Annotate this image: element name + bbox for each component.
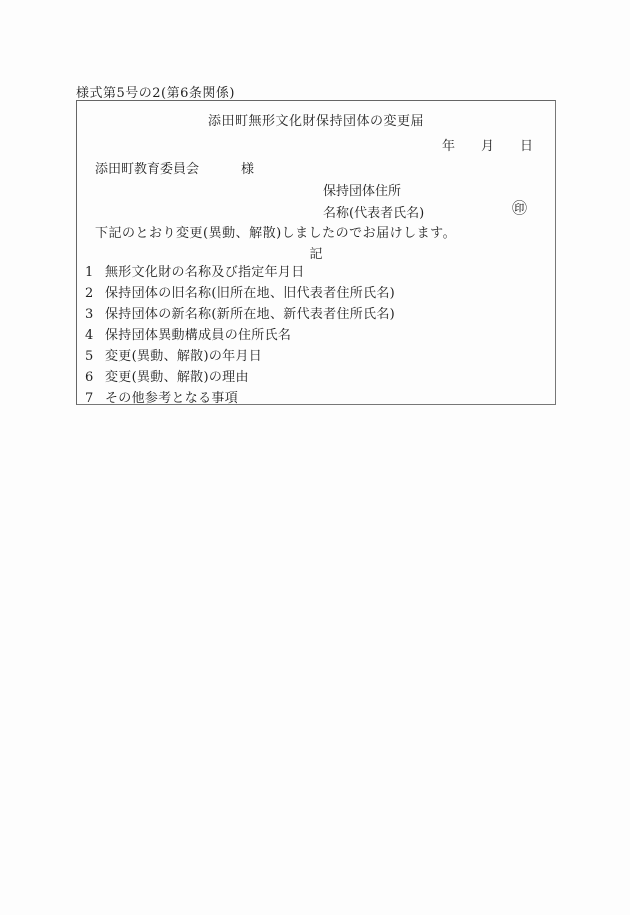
item-number: 4	[85, 325, 105, 346]
form-border-box: 添田町無形文化財保持団体の変更届 年月日 添田町教育委員会様 保持団体住所 名称…	[76, 100, 556, 405]
item-number: 7	[85, 388, 105, 409]
date-year-label: 年	[442, 139, 455, 154]
seal-mark-icon: ㊞	[512, 201, 527, 216]
holder-name-label: 名称(代表者氏名)	[323, 202, 424, 221]
document-page: 様式第5号の2(第6条関係) 添田町無形文化財保持団体の変更届 年月日 添田町教…	[0, 0, 630, 915]
addressee-honorific: 様	[241, 158, 254, 177]
item-number: 1	[85, 262, 105, 283]
addressee-line: 添田町教育委員会様	[95, 158, 254, 177]
item-text: 変更(異動、解散)の年月日	[105, 349, 262, 364]
date-line: 年月日	[442, 135, 533, 154]
item-text: 変更(異動、解散)の理由	[105, 370, 249, 385]
item-number: 6	[85, 367, 105, 388]
notification-body-text: 下記のとおり変更(異動、解散)しましたのでお届けします。	[95, 222, 456, 241]
date-day-label: 日	[520, 139, 533, 154]
item-number: 5	[85, 346, 105, 367]
addressee-name: 添田町教育委員会	[95, 162, 199, 177]
list-item: 3保持団体の新名称(新所在地、新代表者住所氏名)	[77, 304, 555, 325]
list-item: 6変更(異動、解散)の理由	[77, 367, 555, 388]
holder-address-label: 保持団体住所	[323, 180, 401, 199]
item-text: 保持団体異動構成員の住所氏名	[105, 328, 291, 343]
list-header-ki: 記	[77, 243, 555, 262]
document-title: 添田町無形文化財保持団体の変更届	[77, 110, 555, 129]
list-item: 4保持団体異動構成員の住所氏名	[77, 325, 555, 346]
list-item: 2保持団体の旧名称(旧所在地、旧代表者住所氏名)	[77, 283, 555, 304]
item-number: 2	[85, 283, 105, 304]
date-month-label: 月	[481, 139, 494, 154]
list-item: 5変更(異動、解散)の年月日	[77, 346, 555, 367]
list-item: 1無形文化財の名称及び指定年月日	[77, 262, 555, 283]
item-number: 3	[85, 304, 105, 325]
item-text: 保持団体の新名称(新所在地、新代表者住所氏名)	[105, 307, 395, 322]
item-text: 保持団体の旧名称(旧所在地、旧代表者住所氏名)	[105, 286, 395, 301]
item-text: その他参考となる事項	[105, 391, 238, 406]
item-text: 無形文化財の名称及び指定年月日	[105, 265, 305, 280]
form-number-label: 様式第5号の2(第6条関係)	[76, 82, 235, 101]
item-list: 1無形文化財の名称及び指定年月日 2保持団体の旧名称(旧所在地、旧代表者住所氏名…	[77, 262, 555, 409]
list-item: 7その他参考となる事項	[77, 388, 555, 409]
